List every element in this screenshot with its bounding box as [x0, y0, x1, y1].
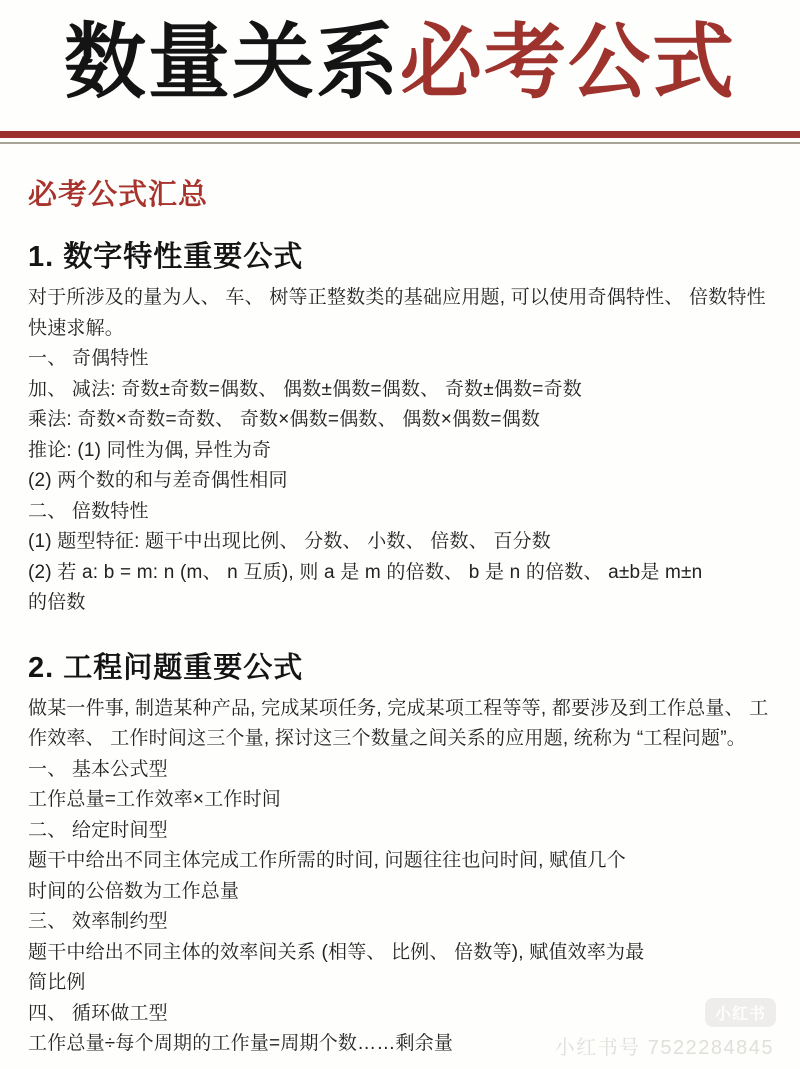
section-engineering-problems: 2. 工程问题重要公式 做某一件事, 制造某种产品, 完成某项任务, 完成某项工… [28, 645, 772, 1060]
text-line: (2) 若 a: b = m: n (m、 n 互质), 则 a 是 m 的倍数… [28, 558, 772, 589]
text-line: 一、 奇偶特性 [28, 344, 772, 375]
text-line: 简比例 [28, 968, 772, 999]
document-body: 必考公式汇总 1. 数字特性重要公式 对于所涉及的量为人、 车、 树等正整数类的… [0, 172, 800, 1060]
section-heading: 1. 数字特性重要公式 [28, 234, 772, 275]
divider-thin-gray [0, 142, 800, 144]
xiaohongshu-logo-badge: 小红书 [705, 998, 776, 1027]
text-line: 时间的公倍数为工作总量 [28, 877, 772, 908]
summary-heading: 必考公式汇总 [28, 172, 772, 213]
section-lines: 对于所涉及的量为人、 车、 树等正整数类的基础应用题, 可以使用奇偶特性、 倍数… [28, 283, 772, 619]
text-line: (2) 两个数的和与差奇偶性相同 [28, 466, 772, 497]
text-line: 推论: (1) 同性为偶, 异性为奇 [28, 436, 772, 467]
page-title: 数量关系必考公式 [0, 0, 800, 126]
text-line: 加、 减法: 奇数±奇数=偶数、 偶数±偶数=偶数、 奇数±偶数=奇数 [28, 375, 772, 406]
watermark-account-id: 小红书号 7522284845 [555, 1031, 774, 1060]
text-line: 一、 基本公式型 [28, 755, 772, 786]
text-line: 对于所涉及的量为人、 车、 树等正整数类的基础应用题, 可以使用奇偶特性、 倍数… [28, 283, 772, 314]
text-line: 乘法: 奇数×奇数=奇数、 奇数×偶数=偶数、 偶数×偶数=偶数 [28, 405, 772, 436]
text-line: 二、 给定时间型 [28, 816, 772, 847]
text-line: 三、 效率制约型 [28, 907, 772, 938]
text-line: 做某一件事, 制造某种产品, 完成某项任务, 完成某项工程等等, 都要涉及到工作… [28, 694, 772, 725]
title-black-part: 数量关系 [64, 22, 400, 104]
text-line: 二、 倍数特性 [28, 497, 772, 528]
text-line: 题干中给出不同主体的效率间关系 (相等、 比例、 倍数等), 赋值效率为最 [28, 938, 772, 969]
text-line: 快速求解。 [28, 314, 772, 345]
text-line: 的倍数 [28, 588, 772, 619]
section-heading: 2. 工程问题重要公式 [28, 645, 772, 686]
divider-thick-red [0, 131, 800, 138]
title-red-part: 必考公式 [400, 22, 736, 104]
text-line: 作效率、 工作时间这三个量, 探讨这三个数量之间关系的应用题, 统称为 “工程问… [28, 724, 772, 755]
section-lines: 做某一件事, 制造某种产品, 完成某项任务, 完成某项工程等等, 都要涉及到工作… [28, 694, 772, 1060]
text-line: 四、 循环做工型 [28, 999, 772, 1030]
text-line: 工作总量=工作效率×工作时间 [28, 785, 772, 816]
section-number-properties: 1. 数字特性重要公式 对于所涉及的量为人、 车、 树等正整数类的基础应用题, … [28, 234, 772, 619]
text-line: 题干中给出不同主体完成工作所需的时间, 问题往往也问时间, 赋值几个 [28, 846, 772, 877]
text-line: (1) 题型特征: 题干中出现比例、 分数、 小数、 倍数、 百分数 [28, 527, 772, 558]
